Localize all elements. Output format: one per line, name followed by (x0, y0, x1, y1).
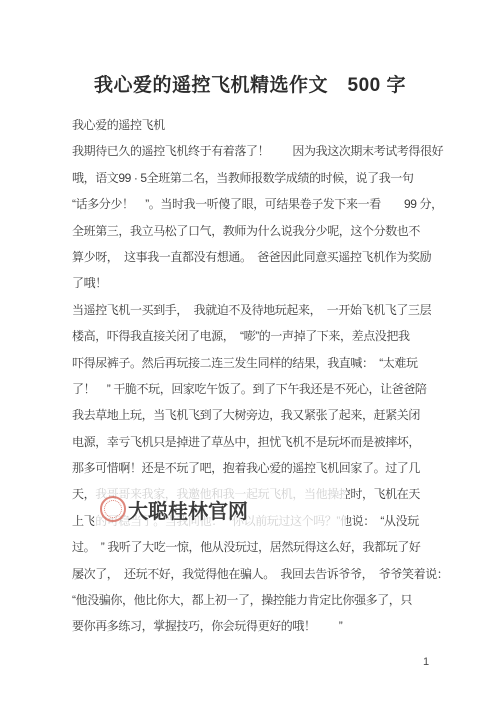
seal-stamp-icon (100, 496, 126, 522)
essay-line: “他没骗你，他比你大，都上初一了，操控能力肯定比你强多了，只 (72, 587, 452, 613)
essay-line: 要你再多练习，掌握技巧，你会玩得更好的哦！ ” (72, 613, 452, 639)
watermark-text: 大聪桂林官网 (128, 495, 248, 524)
watermark: 大聪桂林官网 (94, 486, 346, 532)
essay-line: 我去草地上玩，当飞机飞到了大树旁边，我又紧张了起来，赶紧关闭 (72, 402, 452, 428)
essay-body: 我心爱的遥控飞机 我期待已久的遥控飞机终于有着落了！ 因为我这次期末考试考得很好… (72, 112, 452, 640)
essay-line: 那多可惜啊！还是不玩了吧，抱着我心爱的遥控飞机回家了。过了几 (72, 455, 452, 481)
page-number: 1 (423, 656, 429, 668)
essay-line: 楼高，吓得我直接关闭了电源， “嘭”的一声掉了下来，差点没把我 (72, 323, 452, 349)
essay-line: 当遥控飞机一买到手， 我就迫不及待地玩起来， 一开始飞机飞了三层 (72, 297, 452, 323)
essay-line: 了！ ” 干脆不玩，回家吃午饭了。到了下午我还是不死心，让爸爸陪 (72, 376, 452, 402)
essay-title: 我心爱的遥控飞机精选作文 500 字 (0, 70, 500, 97)
essay-line: 屡次了， 还玩不好，我觉得他在骗人。 我回去告诉爷爷， 爷爷笑着说： (72, 561, 452, 587)
essay-line: 算少呀， 这事我一直都没有想通。 爸爸因此同意买遥控飞机作为奖励 (72, 244, 452, 270)
essay-line: “话多分少！ ”。当时我一听傻了眼，可结果卷子发下来一看 99 分， (72, 191, 452, 217)
essay-line: 过。 ” 我听了大吃一惊，他从没玩过，居然玩得这么好，我都玩了好 (72, 534, 452, 560)
essay-line: 全班第三，我立马松了口气，教师为什么说我分少呢，这个分数也不 (72, 218, 452, 244)
essay-line: 了哦！ (72, 270, 452, 296)
essay-line: 我心爱的遥控飞机 (72, 112, 452, 138)
essay-line: 我期待已久的遥控飞机终于有着落了！ 因为我这次期末考试考得很好 (72, 138, 452, 164)
essay-line: 吓得尿裤子。然后再玩接二连三发生同样的结果，我直喊： “太难玩 (72, 350, 452, 376)
essay-line: 哦，语文99 · 5全班第二名，当教师报数学成绩的时候，说了我一句 (72, 165, 452, 191)
document-page: 我心爱的遥控飞机精选作文 500 字 我心爱的遥控飞机 我期待已久的遥控飞机终于… (0, 0, 500, 708)
essay-line: 电源，幸亏飞机只是掉进了草丛中，担忧飞机不是玩坏而是被摔坏， (72, 429, 452, 455)
